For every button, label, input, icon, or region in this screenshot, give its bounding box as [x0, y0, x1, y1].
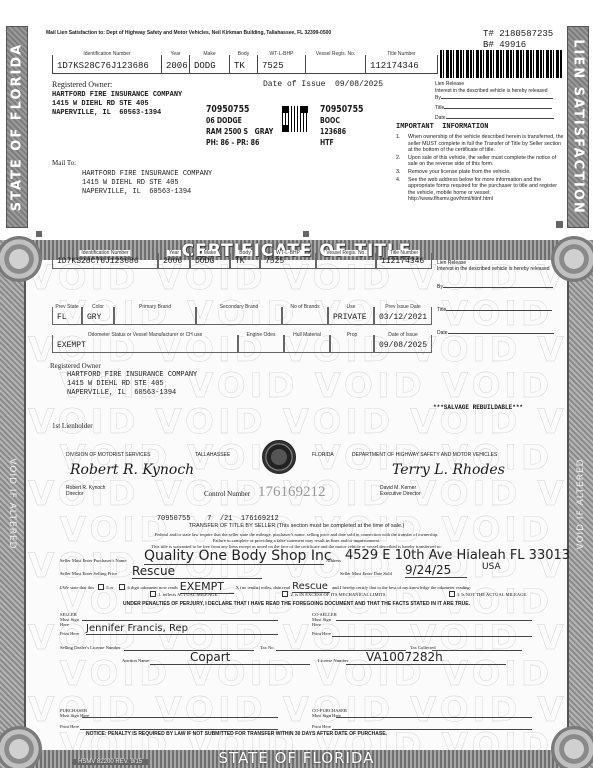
stub-registered-owner: HARTFORD FIRE INSURANCE COMPANY 1415 W D…	[52, 91, 182, 118]
lien-satisfaction-band-text: LIEN SATISFACTION	[571, 39, 586, 215]
cert-make: DODG	[195, 257, 214, 266]
state-of-florida-band: STATE OF FLORIDA	[6, 26, 28, 228]
state-of-florida-footer: STATE OF FLORIDA	[0, 749, 593, 767]
cert-prev-issue-date: 03/12/2021	[379, 313, 427, 322]
cert-prev-state-box: Prev StateFL	[52, 307, 82, 325]
alignment-mark	[36, 231, 42, 237]
seller-sign-label: SELLER Must Sign Here	[60, 612, 80, 627]
stub-vehicle-block-left: 70950755 06 DODGE RAM 2500 S GRAY PH: 86…	[206, 104, 273, 148]
selling-price-field[interactable]: Rescue	[132, 564, 262, 579]
state-of-florida-band-text: STATE OF FLORIDA	[10, 43, 25, 211]
t-number: T# 2180587235	[483, 29, 553, 39]
cert-color: GRY	[87, 313, 101, 322]
penalty-notice: NOTICE: PENALTY IS REQUIRED BY LAW IF NO…	[86, 731, 387, 737]
cert-use-box: UsePRIVATE	[328, 307, 374, 325]
alignment-mark	[556, 221, 563, 228]
cert-vin: 1D7KS28C76J123686	[57, 257, 139, 266]
director-signature: Robert R. Kynoch	[70, 462, 194, 478]
executive-director-signature: Terry L. Rhodes	[392, 462, 505, 478]
cert-secondary-brand-box: Secondary Brand	[196, 307, 282, 325]
important-item: 4.See the web address below for more inf…	[396, 177, 564, 203]
certificate-of-title: VOID VOID VOID VOID VOID VOID VOID VOID …	[0, 240, 593, 768]
cert-body-box: BodyTK	[230, 253, 260, 269]
stub-date-of-issue: 09/08/2025	[335, 80, 383, 89]
cert-lien-title-field[interactable]: Title	[437, 307, 557, 313]
barcode	[440, 50, 563, 78]
stub-year: 2006	[166, 61, 188, 71]
odometer-6-digit-checkbox[interactable]	[119, 584, 125, 590]
cert-color-box: ColorGRY	[82, 307, 114, 325]
cert-lien-date-field[interactable]: Date	[437, 330, 557, 336]
executive-director-name: David M. Kerner Executive Director	[380, 485, 421, 497]
odometer-options: 1. reflects ACTUAL MILEAGE. 2. is IN EXC…	[148, 591, 527, 597]
address-country: USA	[482, 562, 501, 572]
cert-weight: 7525	[265, 257, 284, 266]
control-number-label: Control Number	[204, 490, 250, 498]
license-number-label: License Number	[318, 658, 349, 663]
cert-date-of-issue-box: Date of Issue09/08/2025	[374, 335, 432, 353]
purchaser-signature-field[interactable]	[82, 717, 278, 718]
stub-body-cell: BodyTK	[230, 55, 258, 73]
selling-price-label: Seller Must Enter Selling Price	[60, 571, 117, 576]
copurchaser-signature-field[interactable]	[336, 717, 532, 718]
copurchaser-print-label: Print Here	[312, 724, 331, 729]
auction-name-field[interactable]: Copart	[150, 650, 310, 665]
stub-lien-title-field[interactable]: Title	[435, 105, 567, 112]
transfer-paragraph: Failure to complete or providing a false…	[0, 538, 593, 543]
date-sold-field[interactable]: 9/24/25	[405, 563, 467, 578]
lienholder-label: 1st Lienholder	[52, 422, 93, 430]
cert-no-brands-box: No of Brands	[282, 307, 328, 325]
cert-body: TK	[235, 257, 245, 266]
department-label: DEPARTMENT OF HIGHWAY SAFETY AND MOTOR V…	[352, 452, 497, 458]
purchaser-name-label: Seller Must Enter Purchaser's Name	[60, 558, 126, 563]
cert-date-of-issue: 09/08/2025	[379, 341, 427, 350]
auction-name-label: Auction Name:	[122, 658, 150, 663]
important-item: 3.Remove your license plate from the veh…	[396, 169, 564, 176]
cert-engine-odes-box: Engine Odes	[238, 335, 284, 353]
transfer-heading: TRANSFER OF TITLE BY SELLER (This sectio…	[0, 523, 593, 529]
brand-notice: ***SALVAGE REBUILDABLE***	[433, 404, 523, 411]
stub-mail-to: HARTFORD FIRE INSURANCE COMPANY 1415 W D…	[82, 170, 212, 197]
cert-prev-state: FL	[57, 313, 67, 322]
qr-code	[282, 106, 308, 132]
lien-satisfaction-band: LIEN SATISFACTION	[567, 26, 589, 228]
purchaser-print-label: Print Here	[60, 724, 79, 729]
purchaser-print-field[interactable]	[80, 729, 278, 730]
stub-vin-cell: Identification Number1D7KS28C76J123686	[53, 55, 162, 73]
alignment-mark	[303, 231, 309, 237]
stub-make: DODG	[194, 61, 216, 71]
cert-year-box: Year2006	[158, 253, 190, 269]
control-number: 176169212	[258, 484, 326, 501]
stub-vessel-cell: Vessel Regis. No.	[306, 55, 366, 73]
copurchaser-print-field[interactable]	[332, 729, 532, 730]
cert-registered-owner-label: Registered Owner	[50, 362, 101, 370]
stub-make-cell: MakeDODG	[190, 55, 230, 73]
cert-primary-brand-box: Primary Brand	[114, 307, 196, 325]
important-heading: IMPORTANT INFORMATION	[396, 123, 564, 131]
date-sold-label: Seller Must Enter Date Sold	[340, 571, 392, 576]
excess-mechanical-limits-checkbox[interactable]	[282, 591, 288, 597]
cert-prev-issue-date-box: Prev Issue Date03/12/2021	[374, 307, 432, 325]
stub-weight-cell: WT-L-BHP7525	[258, 55, 306, 73]
cert-title-number-box: Title Number112174346	[376, 253, 432, 269]
certificate-right-border: VOID IF ALTERED	[567, 240, 593, 768]
cert-lien-release: Lien Release Interest in the described v…	[437, 260, 557, 336]
important-information: IMPORTANT INFORMATION 1.When ownership o…	[396, 123, 564, 203]
b-number: B# 49916	[483, 40, 526, 50]
cert-lien-by-field[interactable]: By	[437, 284, 557, 290]
coseller-sign-label: CO-SELLER Must Sign Here	[312, 612, 338, 627]
certificate-left-border: VOID IF ALTERED	[0, 240, 26, 768]
division-label: DIVISION OF MOTORIST SERVICES	[66, 452, 150, 458]
stub-title-number-cell: Title Number112174346	[366, 55, 438, 73]
important-item: 1.When ownership of the vehicle describe…	[396, 134, 564, 154]
seller-print-field[interactable]: Jennifer Francis, Rep	[86, 623, 278, 635]
stub-vehicle-fields: Identification Number1D7KS28C76J123686 Y…	[52, 55, 438, 74]
coseller-print-label: Print Here	[312, 631, 331, 636]
stub-registered-owner-label: Registered Owner:	[52, 80, 112, 89]
dealer-license-label: Selling Dealer's License Number	[60, 645, 121, 650]
stub-date-of-issue-label: Date of Issue	[263, 80, 325, 89]
address-field[interactable]: 4529 E 10th Ave Hialeah FL 33013	[345, 548, 570, 563]
cert-vessel-box: Vessel Regis. No.	[316, 253, 376, 269]
stub-title-number: 112174346	[370, 61, 419, 71]
director-name: Robert R. Kynoch Director	[66, 485, 105, 497]
city-label: TALLAHASSEE	[195, 452, 230, 458]
seller-signature-field[interactable]	[82, 620, 278, 621]
stub-lien-by-field[interactable]: By	[435, 95, 567, 102]
stub-mail-to-label: Mail To:	[52, 159, 76, 167]
state-label: FLORIDA	[312, 452, 334, 458]
perjury-statement: UNDER PENALTIES OF PERJURY, I DECLARE TH…	[0, 601, 593, 607]
seller-print-label: Print Here	[60, 631, 79, 636]
cert-title-number: 112174346	[381, 257, 424, 266]
mail-lien-instructions: Mail Lien Satisfaction to: Dept of Highw…	[46, 30, 331, 36]
coseller-print-field[interactable]	[332, 636, 532, 637]
stub-vehicle-block-right: 70950755 BOOC 123686 HTF	[320, 104, 363, 148]
odometer-5-digit-checkbox[interactable]	[98, 584, 104, 590]
stub-lien-release: Lien Release Interest in the described v…	[435, 81, 567, 122]
cert-prop-box: Prop	[330, 335, 374, 353]
address-label: Address	[326, 558, 341, 563]
transfer-paragraph: Federal and/or state law require that th…	[0, 532, 593, 537]
coseller-signature-field[interactable]	[336, 620, 532, 621]
cert-weight-box: WT-L-BHP7525	[260, 253, 316, 269]
license-number-field[interactable]: VA1007282h	[346, 650, 506, 665]
actual-mileage-checkbox[interactable]	[150, 591, 156, 597]
cert-odometer-status-box: Odometer Status or Vessel Manufacturer o…	[52, 335, 238, 353]
cert-vin-box: Identification Number1D7KS28C76J123686	[52, 253, 158, 269]
stub-lien-date-field[interactable]: Date	[435, 115, 567, 122]
important-item: 2.Upon sale of this vehicle, the seller …	[396, 155, 564, 168]
purchaser-name-field[interactable]: Quality One Body Shop Inc	[144, 548, 324, 565]
cert-year: 2006	[163, 257, 182, 266]
stub-body: TK	[234, 61, 245, 71]
cert-registered-owner: HARTFORD FIRE INSURANCE COMPANY 1415 W D…	[67, 371, 197, 398]
stub-weight: 7525	[262, 61, 284, 71]
stub-year-cell: Year2006	[162, 55, 190, 73]
florida-seal-icon	[262, 440, 296, 474]
cert-use: PRIVATE	[333, 313, 367, 322]
cert-odometer-status: EXEMPT	[57, 341, 86, 350]
stub-vin: 1D7KS28C76J123686	[57, 61, 149, 71]
cert-make-box: MakeDODG	[190, 253, 230, 269]
not-actual-mileage-checkbox[interactable]	[449, 591, 455, 597]
cert-hull-material-box: Hull Material	[284, 335, 330, 353]
